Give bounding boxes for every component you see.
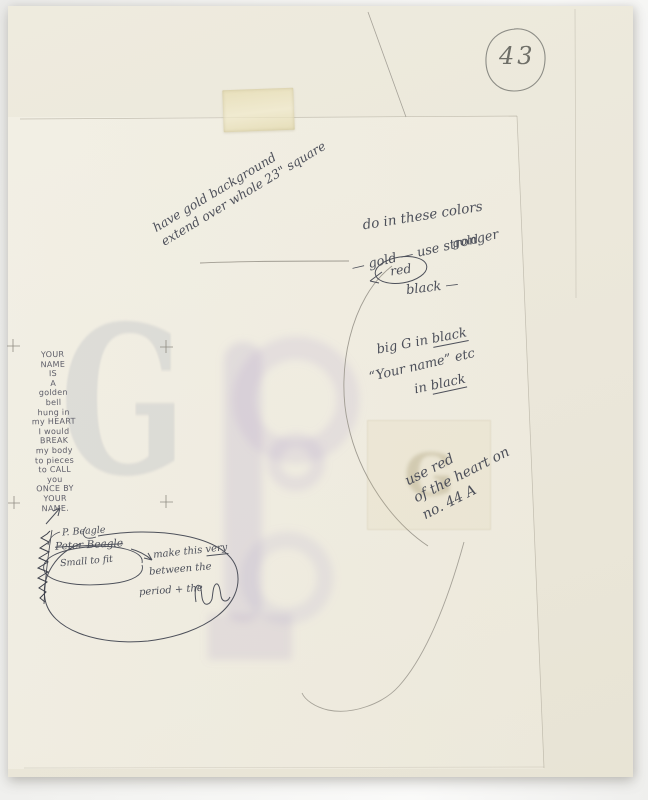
poem-line: NAME. xyxy=(19,503,91,514)
red-note: red xyxy=(389,261,412,279)
poem-text: YOUR NAME IS A golden bell hung in my HE… xyxy=(17,349,92,513)
tape-piece xyxy=(222,88,294,132)
page-number: 43 xyxy=(499,42,536,70)
make-this-very: very xyxy=(205,542,228,556)
scan-backdrop: G xyxy=(0,0,648,800)
